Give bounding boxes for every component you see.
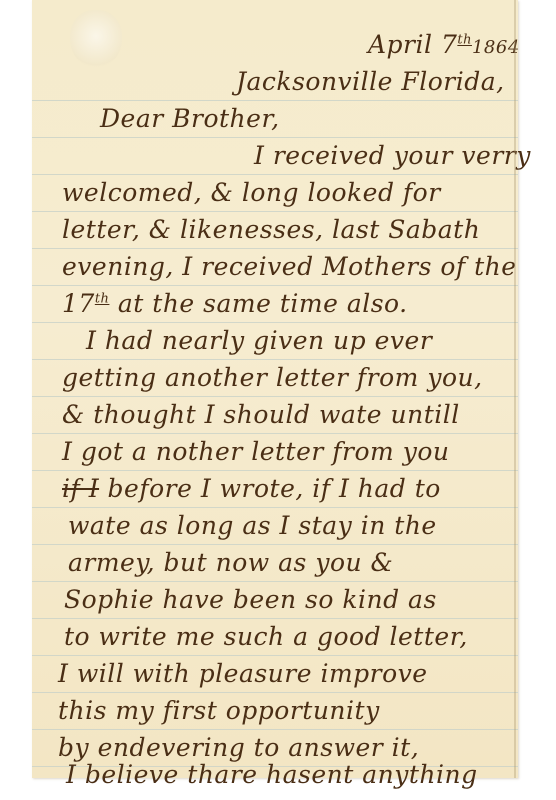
body-line-text: before I wrote, if I had to	[99, 474, 441, 503]
body-line: getting another letter from you,	[32, 359, 518, 396]
body-line-text: to write me such a good letter,	[64, 622, 468, 651]
body-line: I believe thare hasent anything	[32, 762, 518, 799]
body-line-text: 17	[62, 289, 95, 318]
body-line-text: getting another letter from you,	[62, 363, 483, 392]
body-line: Sophie have been so kind as	[32, 581, 518, 618]
date-suffix: th	[457, 33, 472, 48]
body-line: welcomed, & long looked for	[32, 174, 518, 211]
body-line: armey, but now as you &	[32, 544, 518, 581]
body-line: to write me such a good letter,	[32, 618, 518, 655]
date-text: April 7	[368, 30, 457, 59]
body-line: I received your verry	[32, 137, 518, 174]
body-line: 17th at the same time also.	[32, 285, 518, 322]
body-line-text: letter, & likenesses, last Sabath	[62, 215, 480, 244]
body-line-text: I believe thare hasent anything	[66, 760, 478, 789]
body-line-text: I received your verry	[254, 141, 531, 170]
body-line-text: & thought I should wate untill	[62, 400, 460, 429]
body-line-text: armey, but now as you &	[68, 548, 393, 577]
body-line-text: by endevering to answer it,	[58, 733, 419, 762]
body-line-text: I will with pleasure improve	[58, 659, 428, 688]
body-line-text: wate as long as I stay in the	[68, 511, 437, 540]
body-line-text: welcomed, & long looked for	[62, 178, 441, 207]
ordinal-suffix: th	[95, 292, 110, 307]
letter-date: April 7th1864	[32, 26, 518, 63]
body-line: letter, & likenesses, last Sabath	[32, 211, 518, 248]
date-year: 1864	[472, 37, 520, 58]
body-line-text: I had nearly given up ever	[86, 326, 432, 355]
body-line: wate as long as I stay in the	[32, 507, 518, 544]
salutation-text: Dear Brother,	[100, 104, 280, 133]
body-line: I will with pleasure improve	[32, 655, 518, 692]
body-line: evening, I received Mothers of the	[32, 248, 518, 285]
place-text: Jacksonville Florida,	[236, 67, 505, 96]
body-line-text: at the same time also.	[109, 289, 407, 318]
letter-place: Jacksonville Florida,	[32, 63, 518, 100]
body-line: I had nearly given up ever	[32, 322, 518, 359]
struck-through-text: if I	[62, 474, 99, 503]
body-line: & thought I should wate untill	[32, 396, 518, 433]
body-line-text: this my first opportunity	[58, 696, 380, 725]
body-line: I got a nother letter from you	[32, 433, 518, 470]
body-line-text: I got a nother letter from you	[62, 437, 449, 466]
body-line-text: Sophie have been so kind as	[64, 585, 437, 614]
body-line: this my first opportunity	[32, 692, 518, 729]
letter-page: April 7th1864 Jacksonville Florida, Dear…	[32, 0, 518, 778]
letter-salutation: Dear Brother,	[32, 100, 518, 137]
body-line-text: evening, I received Mothers of the	[62, 252, 517, 281]
body-line: if I before I wrote, if I had to	[32, 470, 518, 507]
